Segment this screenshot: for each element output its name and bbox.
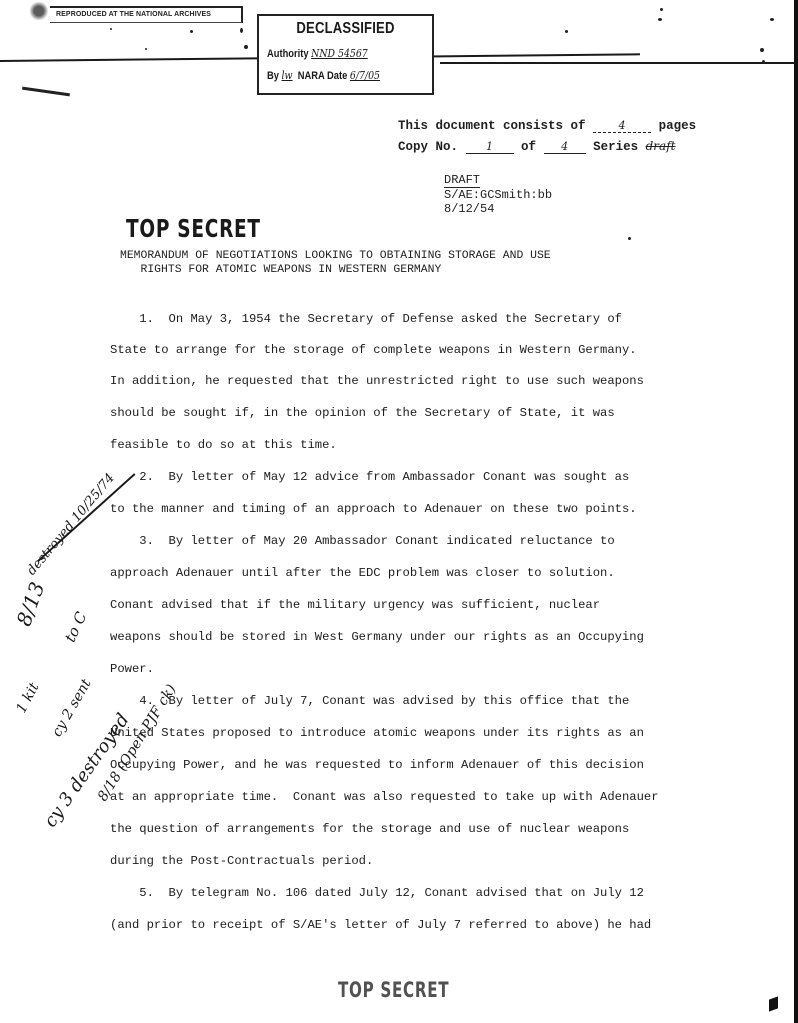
body-line: Occupying Power, and he was requested to… xyxy=(110,758,644,772)
handwritten-note: to C xyxy=(61,609,91,645)
copy-number-value: 1 xyxy=(466,141,514,154)
nara-date-value: 6/7/05 xyxy=(350,69,380,82)
classification-header: TOP SECRET xyxy=(126,214,261,243)
ink-blot xyxy=(769,996,778,1011)
archive-banner-mark xyxy=(30,2,52,20)
copy-number-line: Copy No. 1 of 4 Series draft xyxy=(398,139,675,154)
body-line: feasible to do so at this time. xyxy=(110,438,337,452)
handwritten-note: 1 kit xyxy=(13,680,42,716)
copy-of-label: of xyxy=(521,140,536,154)
draft-block: DRAFT S/AE:GCSmith:bb 8/12/54 xyxy=(444,173,552,216)
body-line: Power. xyxy=(110,662,154,676)
copy-number-label: Copy No. xyxy=(398,140,458,154)
page-count-value: 4 xyxy=(593,120,651,133)
body-line: 3. By letter of May 20 Ambassador Conant… xyxy=(110,534,615,548)
page-count-suffix: pages xyxy=(659,119,697,133)
handwritten-note: 8/13 xyxy=(12,579,50,629)
body-line: Conant advised that if the military urge… xyxy=(110,598,600,612)
scan-speck xyxy=(762,60,765,64)
page-right-edge xyxy=(794,0,798,1023)
body-line: during the Post-Contractuals period. xyxy=(110,854,373,868)
series-label: Series xyxy=(593,140,638,154)
body-line: 2. By letter of May 12 advice from Ambas… xyxy=(110,470,629,484)
declassified-authority-row: Authority NND 54567 xyxy=(267,47,368,60)
scan-speck xyxy=(110,28,112,30)
body-line: to the manner and timing of an approach … xyxy=(110,502,637,516)
draft-date: 8/12/54 xyxy=(444,202,552,216)
body-line: In addition, he requested that the unres… xyxy=(110,374,644,388)
scan-speck xyxy=(760,48,764,52)
pen-stroke xyxy=(22,87,70,97)
body-line: should be sought if, in the opinion of t… xyxy=(110,406,615,420)
page-count-label: This document consists of xyxy=(398,119,586,133)
page-count-line: This document consists of 4 pages xyxy=(398,119,696,133)
body-line: 4. By letter of July 7, Conant was advis… xyxy=(110,694,629,708)
classification-footer: TOP SECRET xyxy=(338,978,449,1002)
body-line: the question of arrangements for the sto… xyxy=(110,822,629,836)
body-line: State to arrange for the storage of comp… xyxy=(110,343,637,357)
originator-code: S/AE:GCSmith:bb xyxy=(444,188,552,202)
scan-speck xyxy=(244,45,248,49)
authority-value: NND 54567 xyxy=(311,47,368,60)
scan-speck xyxy=(145,48,147,50)
scan-speck xyxy=(240,28,243,33)
declassified-by-row: By lw NARA Date 6/7/05 xyxy=(267,69,380,82)
by-label: By xyxy=(267,70,279,82)
body-line: (and prior to receipt of S/AE's letter o… xyxy=(110,918,651,932)
handwritten-note: cy 2 sent xyxy=(49,676,95,739)
body-line: weapons should be stored in West Germany… xyxy=(110,630,644,644)
scan-speck xyxy=(660,8,663,11)
body-line: 5. By telegram No. 106 dated July 12, Co… xyxy=(110,886,644,900)
body-line: approach Adenauer until after the EDC pr… xyxy=(110,566,615,580)
copy-total-value: 4 xyxy=(544,141,586,154)
scan-speck xyxy=(658,18,662,21)
body-line: 1. On May 3, 1954 the Secretary of Defen… xyxy=(110,312,622,326)
declassified-stamp: DECLASSIFIED Authority NND 54567 By lw N… xyxy=(257,14,434,95)
archive-banner: REPRODUCED AT THE NATIONAL ARCHIVES xyxy=(50,6,243,23)
handwritten-note: destroyed 10/25/74 xyxy=(24,471,118,579)
authority-label: Authority xyxy=(267,48,309,60)
memo-title-line-2: RIGHTS FOR ATOMIC WEAPONS IN WESTERN GER… xyxy=(141,264,442,276)
draft-label: DRAFT xyxy=(444,173,480,188)
scan-speck xyxy=(770,18,774,21)
by-value: lw xyxy=(282,69,293,82)
memo-title-line-1: MEMORANDUM OF NEGOTIATIONS LOOKING TO OB… xyxy=(120,250,551,262)
scan-speck xyxy=(190,30,193,33)
declassified-title: DECLASSIFIED xyxy=(275,20,417,38)
body-line: United States proposed to introduce atom… xyxy=(110,726,644,740)
nara-date-label: NARA Date xyxy=(298,70,348,82)
body-line: at an appropriate time. Conant was also … xyxy=(110,790,659,804)
memo-title: MEMORANDUM OF NEGOTIATIONS LOOKING TO OB… xyxy=(120,249,551,277)
scan-speck xyxy=(628,237,631,240)
header-rule-line-right xyxy=(440,62,795,64)
series-value: draft xyxy=(646,139,676,153)
scan-speck xyxy=(565,30,568,33)
